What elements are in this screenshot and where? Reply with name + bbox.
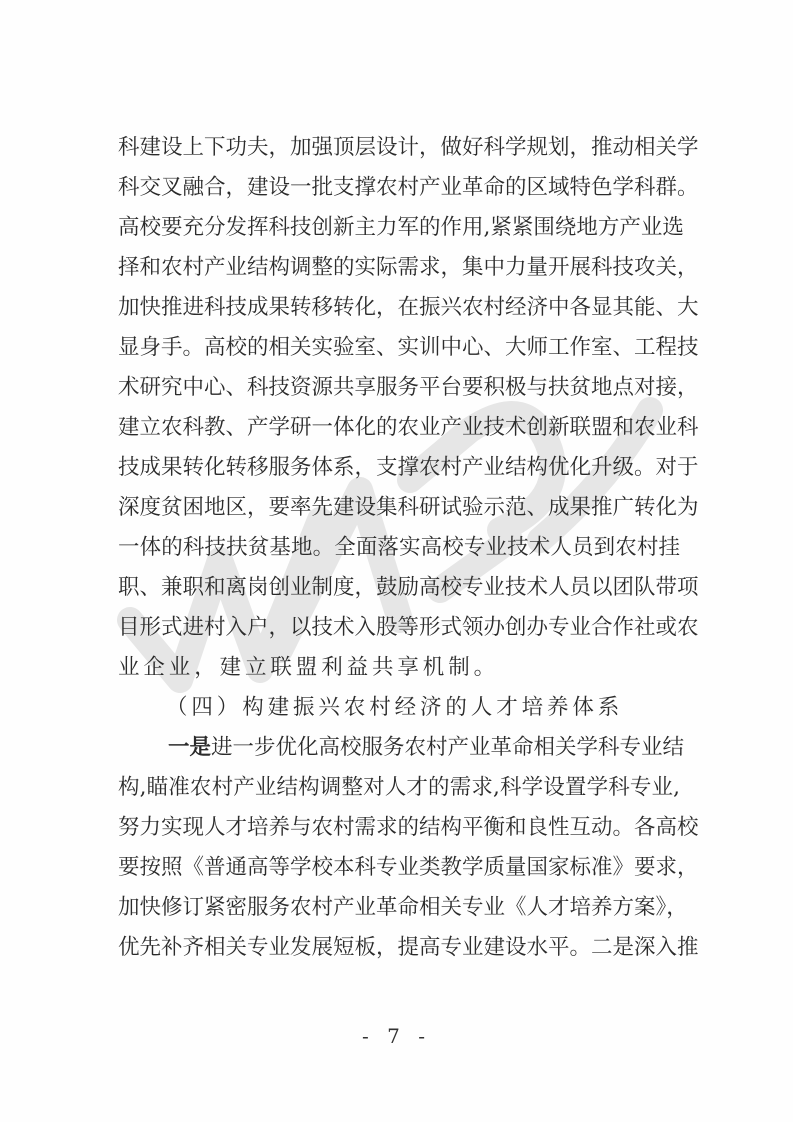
text-line: 构,瞄准农村产业结构调整对人才的需求,科学设置学科专业, (118, 768, 680, 808)
text-line: 择和农村产业结构调整的实际需求，集中力量开展科技攻关， (118, 248, 680, 288)
page-number: - 7 - (0, 1024, 793, 1048)
text-line: 深度贫困地区，要率先建设集科研试验示范、成果推广转化为 (118, 488, 680, 528)
text-line: 要按照《普通高等学校本科专业类教学质量国家标准》要求， (118, 848, 680, 888)
text-line: 技成果转化转移服务体系，支撑农村产业结构优化升级。对于 (118, 448, 680, 488)
text-line: 职、兼职和离岗创业制度，鼓励高校专业技术人员以团队带项 (118, 568, 680, 608)
text-line: 高校要充分发挥科技创新主力军的作用,紧紧围绕地方产业选 (118, 208, 680, 248)
text-line-paragraph-end: 业企业，建立联盟利益共享机制。 (118, 648, 680, 688)
text-line: 优先补齐相关专业发展短板，提高专业建设水平。二是深入推 (118, 928, 680, 968)
text-line: 科建设上下功夫，加强顶层设计，做好科学规划，推动相关学 (118, 128, 680, 168)
text-line: 一体的科技扶贫基地。全面落实高校专业技术人员到农村挂 (118, 528, 680, 568)
text-line: 科交叉融合，建设一批支撑农村产业革命的区域特色学科群。 (118, 168, 680, 208)
paragraph-first-line: 一是进一步优化高校服务农村产业革命相关学科专业结 (118, 728, 680, 768)
paragraph-lead: 一是 (168, 735, 211, 760)
document-page: 科建设上下功夫，加强顶层设计，做好科学规划，推动相关学 科交叉融合，建设一批支撑… (0, 0, 793, 1122)
text-line: 加快推进科技成果转移转化，在振兴农村经济中各显其能、大 (118, 288, 680, 328)
text-line: 显身手。高校的相关实验室、实训中心、大师工作室、工程技 (118, 328, 680, 368)
text-line: 加快修订紧密服务农村产业革命相关专业《人才培养方案》， (118, 888, 680, 928)
text-line: 目形式进村入户，以技术入股等形式领办创办专业合作社或农 (118, 608, 680, 648)
section-heading: （四）构建振兴农村经济的人才培养体系 (118, 688, 680, 728)
text-line: 术研究中心、科技资源共享服务平台要积极与扶贫地点对接， (118, 368, 680, 408)
paragraph-first-line-text: 进一步优化高校服务农村产业革命相关学科专业结 (211, 735, 684, 760)
text-line: 努力实现人才培养与农村需求的结构平衡和良性互动。各高校 (118, 808, 680, 848)
body-text: 科建设上下功夫，加强顶层设计，做好科学规划，推动相关学 科交叉融合，建设一批支撑… (118, 128, 680, 968)
text-line: 建立农科教、产学研一体化的农业产业技术创新联盟和农业科 (118, 408, 680, 448)
